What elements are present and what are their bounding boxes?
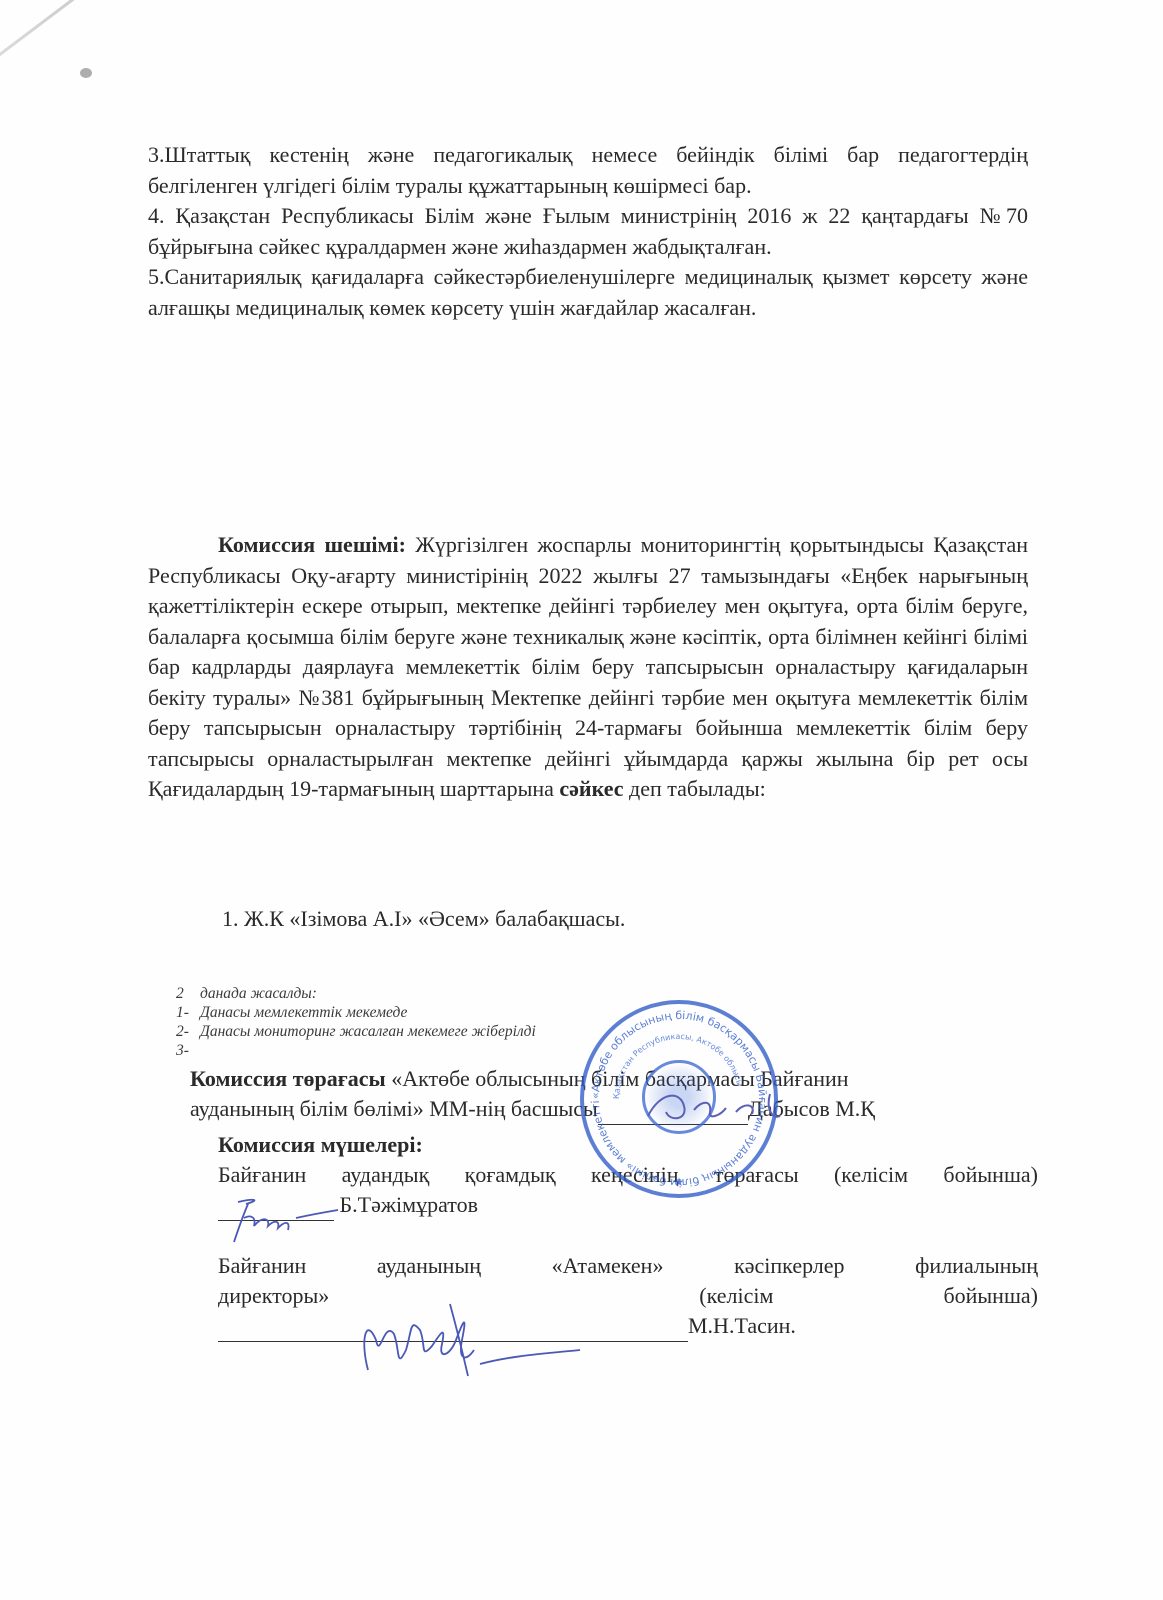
decision-text: Жүргізілген жоспарлы мониторингтің қорыт… xyxy=(148,532,1028,801)
chairman-line-1: Комиссия төрағасы «Актөбе облысының білі… xyxy=(190,1064,1040,1094)
signature-line xyxy=(598,1094,748,1125)
copies-item-text: Данасы мемлекеттік мекемеде xyxy=(200,1003,407,1022)
copies-note: 2 данада жасалды: 1- Данасы мемлекеттік … xyxy=(176,984,536,1060)
chairman-block: Комиссия төрағасы «Актөбе облысының білі… xyxy=(190,1064,1040,1125)
commission-decision: Комиссия шешімі: Жүргізілген жоспарлы мо… xyxy=(148,530,1028,805)
scan-artifact-line xyxy=(0,0,128,62)
signature-line xyxy=(218,1190,334,1221)
copies-header-text: данада жасалды: xyxy=(200,984,317,1003)
member-2-name: М.Н.Тасин. xyxy=(688,1313,796,1338)
copies-header: 2 данада жасалды: xyxy=(176,984,536,1003)
chairman-org: «Актөбе облысының білім басқармасы Байға… xyxy=(386,1066,849,1091)
decision-paragraph: Комиссия шешімі: Жүргізілген жоспарлы мо… xyxy=(148,530,1028,805)
member-2-role-part: директоры» xyxy=(218,1281,329,1311)
condition-item-5: 5.Санитариялық қағидаларға сәйкестәрбиел… xyxy=(148,262,1028,323)
copies-item-num: 1- xyxy=(176,1003,200,1022)
member-1-signature-row: Б.Тәжімұратов xyxy=(218,1190,1038,1221)
members-block: Комиссия мүшелері: Байғанин аудандық қоғ… xyxy=(218,1130,1038,1342)
condition-item-4: 4. Қазақстан Республикасы Білім және Ғыл… xyxy=(148,201,1028,262)
condition-item-3: 3.Штаттық кестенің және педагогикалық не… xyxy=(148,140,1028,201)
copies-count: 2 xyxy=(176,984,200,1003)
scan-artifact-speck xyxy=(80,68,92,78)
copies-item: 2- Данасы мониторинг жасалған мекемеге ж… xyxy=(176,1022,536,1041)
chairman-line-2: ауданының білім бөлімі» ММ-нің басшысы Д… xyxy=(190,1094,1040,1125)
document-page: 3.Штаттық кестенің және педагогикалық не… xyxy=(0,0,1163,1600)
copies-item: 1- Данасы мемлекеттік мекемеде xyxy=(176,1003,536,1022)
conditions-list: 3.Штаттық кестенің және педагогикалық не… xyxy=(148,140,1028,323)
decision-label: Комиссия шешімі: xyxy=(218,532,406,557)
member-2-role-part: бойынша) xyxy=(943,1281,1038,1311)
member-2-role-part: (келісім xyxy=(699,1281,773,1311)
copies-item-num: 3- xyxy=(176,1041,200,1060)
copies-item-text: Данасы мониторинг жасалған мекемеге жібе… xyxy=(200,1022,536,1041)
spacer xyxy=(218,1221,1038,1251)
member-1-name: Б.Тәжімұратов xyxy=(334,1192,478,1217)
kindergarten-list-item: 1. Ж.К «Ізімова А.І» «Әсем» балабақшасы. xyxy=(222,904,625,934)
copies-item: 3- xyxy=(176,1041,536,1060)
decision-bold-word: сәйкес xyxy=(559,776,623,801)
member-2-role-line-1: Байғанин ауданының «Атамекен» кәсіпкерле… xyxy=(218,1251,1038,1281)
signature-line xyxy=(218,1311,688,1342)
member-1-role: Байғанин аудандық қоғамдық кеңесінің төр… xyxy=(218,1160,1038,1190)
copies-item-num: 2- xyxy=(176,1022,200,1041)
members-label: Комиссия мүшелері: xyxy=(218,1130,1038,1160)
chairman-name: Дабысов М.Қ xyxy=(748,1096,875,1121)
member-2-role-line-2: директоры» (келісім бойынша) xyxy=(218,1281,1038,1311)
chairman-label: Комиссия төрағасы xyxy=(190,1066,386,1091)
decision-text-end: деп табылады: xyxy=(624,776,766,801)
chairman-position: ауданының білім бөлімі» ММ-нің басшысы xyxy=(190,1096,598,1121)
member-2-signature-row: М.Н.Тасин. xyxy=(218,1311,1038,1342)
